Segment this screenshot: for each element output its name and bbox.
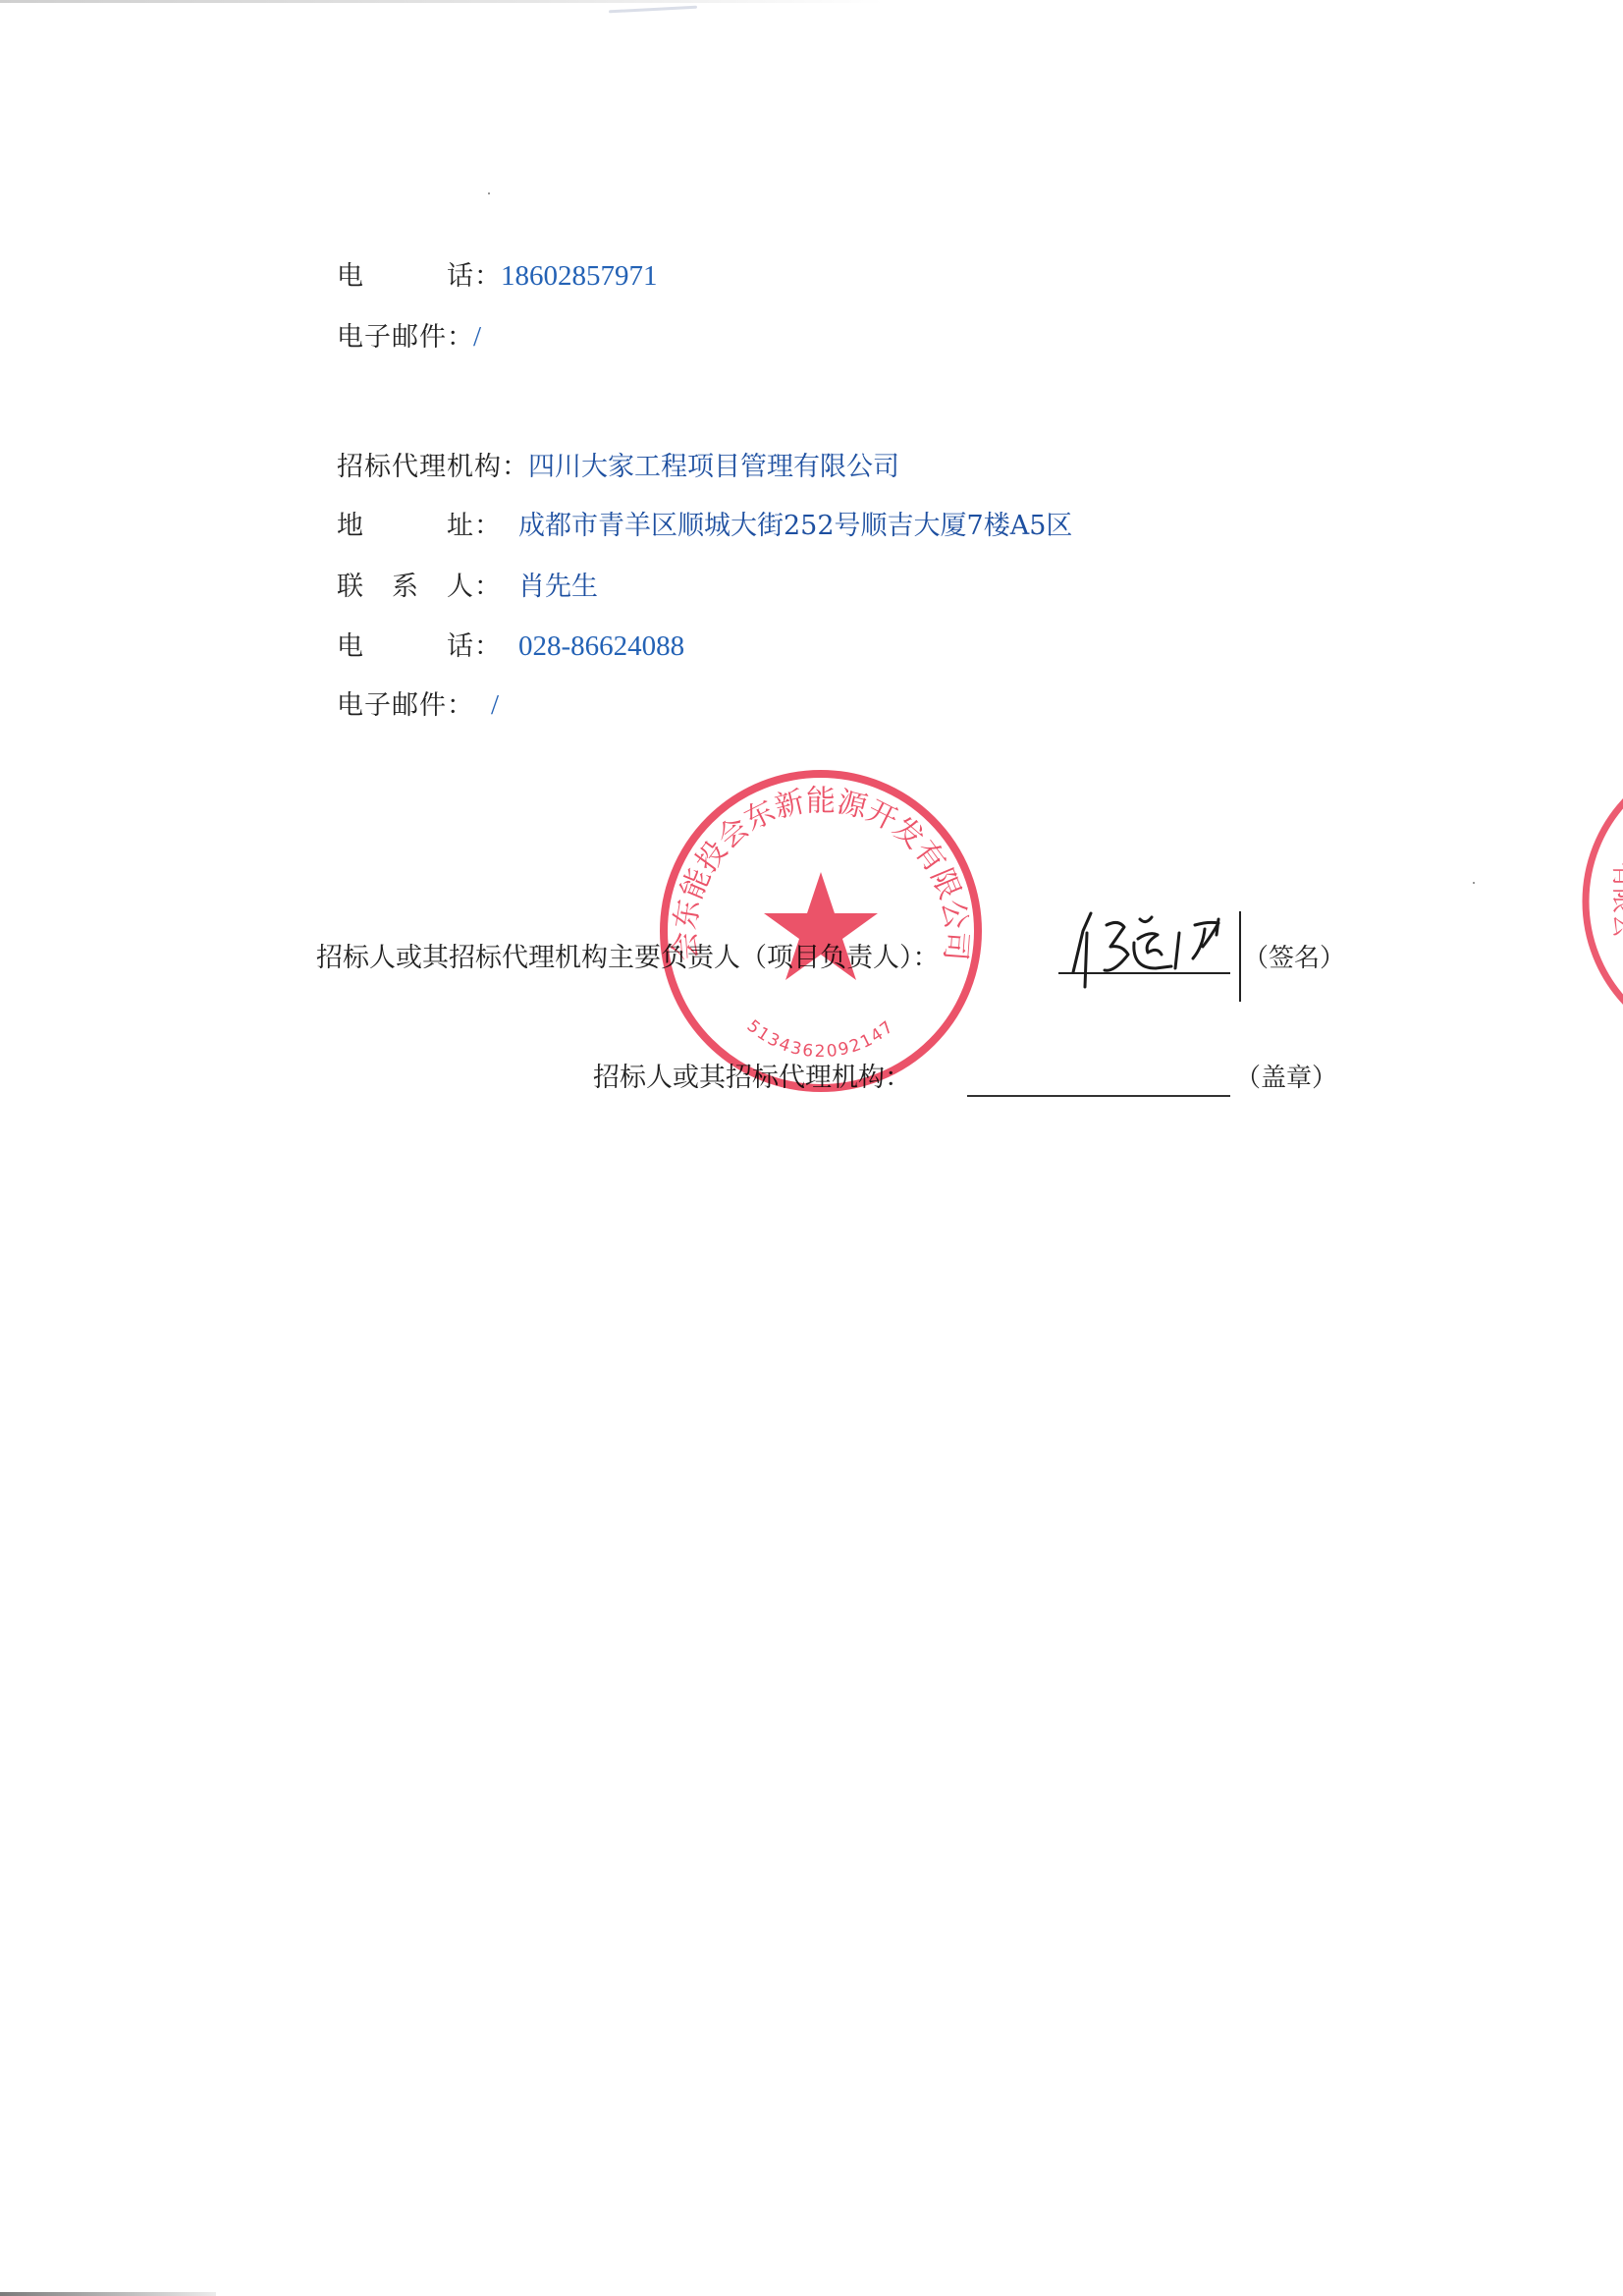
scan-speck [488, 192, 490, 194]
tenderer-email-row: 电子邮件：/ [337, 319, 481, 355]
agency-label: 招标代理机构 [337, 450, 502, 485]
svg-text:有限公: 有限公 [1608, 862, 1623, 939]
colon: ： [447, 690, 473, 721]
agency-email-value: / [491, 689, 499, 721]
phone-label-char: 话 [447, 259, 474, 295]
agency-email-row: 电子邮件：/ [337, 687, 499, 724]
colon: ： [447, 322, 473, 353]
colon: ： [474, 572, 501, 602]
email-label: 电子邮件 [337, 320, 447, 355]
handwritten-signature [1055, 903, 1252, 1002]
scan-speck [1473, 882, 1475, 884]
agency-name-row: 招标代理机构：四川大家工程项目管理有限公司 [337, 450, 899, 485]
sign-hint: （签名） [1243, 941, 1345, 976]
agency-address-row: 地 址 ：成都市青羊区顺城大街252号顺吉大厦7楼A5区 [337, 509, 1072, 544]
agency-phone-row: 电 话 ：028-86624088 [337, 629, 684, 665]
phone-label-char: 话 [447, 629, 474, 665]
contact-label-char: 联 [337, 570, 364, 605]
colon: ： [474, 631, 501, 662]
phone-label: 电 话 [337, 629, 474, 665]
agency-phone-value: 028-86624088 [518, 630, 684, 662]
contact-label-char: 人 [447, 570, 474, 605]
partial-stamp-edge: 有限公 [1576, 744, 1623, 1059]
seal-hint: （盖章） [1235, 1061, 1337, 1096]
contact-label: 联 系 人 [337, 570, 474, 605]
tenderer-phone-value: 18602857971 [501, 260, 658, 292]
agency-address-value: 成都市青羊区顺城大街252号顺吉大厦7楼A5区 [518, 511, 1072, 541]
tenderer-phone-row: 电 话 ：18602857971 [337, 258, 658, 295]
tenderer-email-value: / [473, 321, 481, 353]
address-label: 地 址 [337, 509, 474, 544]
responsible-person-label: 招标人或其招标代理机构主要负责人（项目负责人）： [316, 941, 940, 976]
colon: ： [474, 511, 501, 541]
agency-name-value: 四川大家工程项目管理有限公司 [528, 452, 899, 482]
phone-label-char: 电 [337, 629, 364, 665]
scan-edge-top [0, 0, 884, 3]
address-label-char: 址 [447, 509, 474, 544]
colon: ： [474, 261, 501, 292]
agency-contact-row: 联 系 人 ：肖先生 [337, 570, 598, 605]
phone-label: 电 话 [337, 259, 474, 295]
stamp-ring-text: 会东能投会东新能源开发有限公司 [668, 784, 973, 961]
contact-label-char: 系 [392, 570, 419, 605]
agency-contact-value: 肖先生 [518, 572, 598, 602]
address-label-char: 地 [337, 509, 364, 544]
email-label: 电子邮件 [337, 688, 447, 724]
stamp-outer-ring [664, 774, 978, 1088]
colon: ： [502, 452, 528, 482]
seal-label: 招标人或其招标代理机构： [593, 1061, 911, 1096]
scan-smudge [609, 6, 697, 14]
company-stamp: 会东能投会东新能源开发有限公司 5134362092147 [654, 764, 988, 1098]
scan-edge-bottom [0, 2292, 216, 2296]
phone-label-char: 电 [337, 259, 364, 295]
stamp-serial: 5134362092147 [743, 1016, 899, 1062]
seal-line[interactable] [967, 1095, 1230, 1097]
